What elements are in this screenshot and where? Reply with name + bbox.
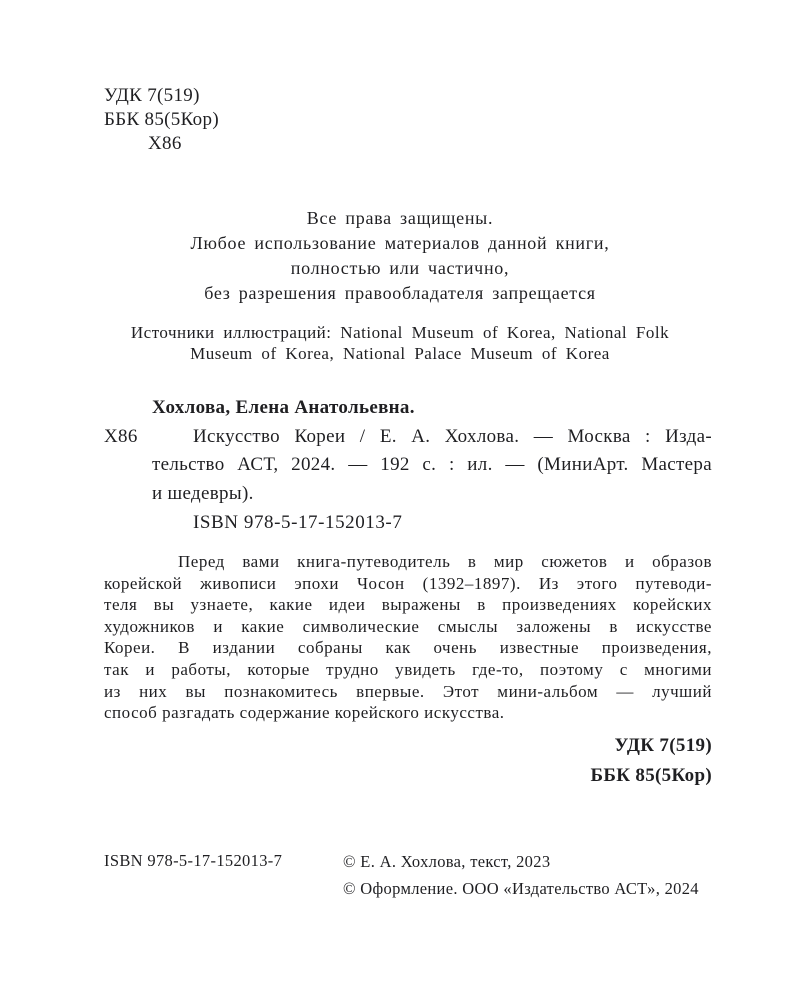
annotation-line: Перед вами книга-путеводитель в мир сюже… [104,551,712,573]
isbn-number: ISBN 978-5-17-152013-7 [193,512,402,534]
copyright-block: © Е. А. Хохлова, текст, 2023 © Оформлени… [343,849,699,902]
annotation-line: из них вы познакомитесь впервые. Этот ми… [104,681,712,703]
author-sign: Х86 [104,423,138,452]
catalog-card: Хохлова, Елена Анатольевна. Х86 Искусств… [104,394,712,508]
illustration-sources: Источники иллюстраций: National Museum o… [70,322,730,364]
udk-code: УДК 7(519) [104,731,712,761]
author-heading: Хохлова, Елена Анатольевна. [104,394,712,423]
annotation-paragraph: Перед вами книга-путеводитель в мир сюже… [104,551,712,724]
bottom-classification-codes: УДК 7(519) ББК 85(5Кор) [104,731,712,791]
sources-line: Museum of Korea, National Palace Museum … [70,343,730,364]
bibliographic-description-line: Искусство Кореи / Е. А. Хохлова. — Москв… [104,423,712,452]
copyright-line: © Е. А. Хохлова, текст, 2023 [343,849,699,876]
rights-line: полностью или частично, [60,256,740,281]
udk-code: УДК 7(519) [104,84,219,108]
bibliographic-description-line: и шедевры). [104,480,712,509]
author-sign: Х86 [104,132,219,156]
annotation-line: Кореи. В издании собраны как очень извес… [104,637,712,659]
annotation-line: корейской живописи эпохи Чосон (1392–189… [104,573,712,595]
rights-line: Все права защищены. [60,206,740,231]
annotation-line: способ разгадать содержание корейского и… [104,702,712,724]
annotation-line: художников и какие символические смыслы … [104,616,712,638]
annotation-line: так и работы, которые трудно увидеть где… [104,659,712,681]
book-imprint-page: УДК 7(519) ББК 85(5Кор) Х86 Все права за… [0,0,800,1000]
top-classification-codes: УДК 7(519) ББК 85(5Кор) Х86 [104,84,219,156]
bbk-code: ББК 85(5Кор) [104,108,219,132]
bbk-code: ББК 85(5Кор) [104,761,712,791]
sources-line: Источники иллюстраций: National Museum o… [70,322,730,343]
rights-notice: Все права защищены. Любое использование … [60,206,740,306]
rights-line: без разрешения правообладателя запрещает… [60,281,740,306]
rights-line: Любое использование материалов данной кн… [60,231,740,256]
copyright-line: © Оформление. ООО «Издательство АСТ», 20… [343,876,699,903]
annotation-line: теля вы узнаете, какие идеи выражены в п… [104,594,712,616]
bibliographic-description-line: тельство АСТ, 2024. — 192 с. : ил. — (Ми… [104,451,712,480]
footer-isbn: ISBN 978-5-17-152013-7 [104,851,282,871]
